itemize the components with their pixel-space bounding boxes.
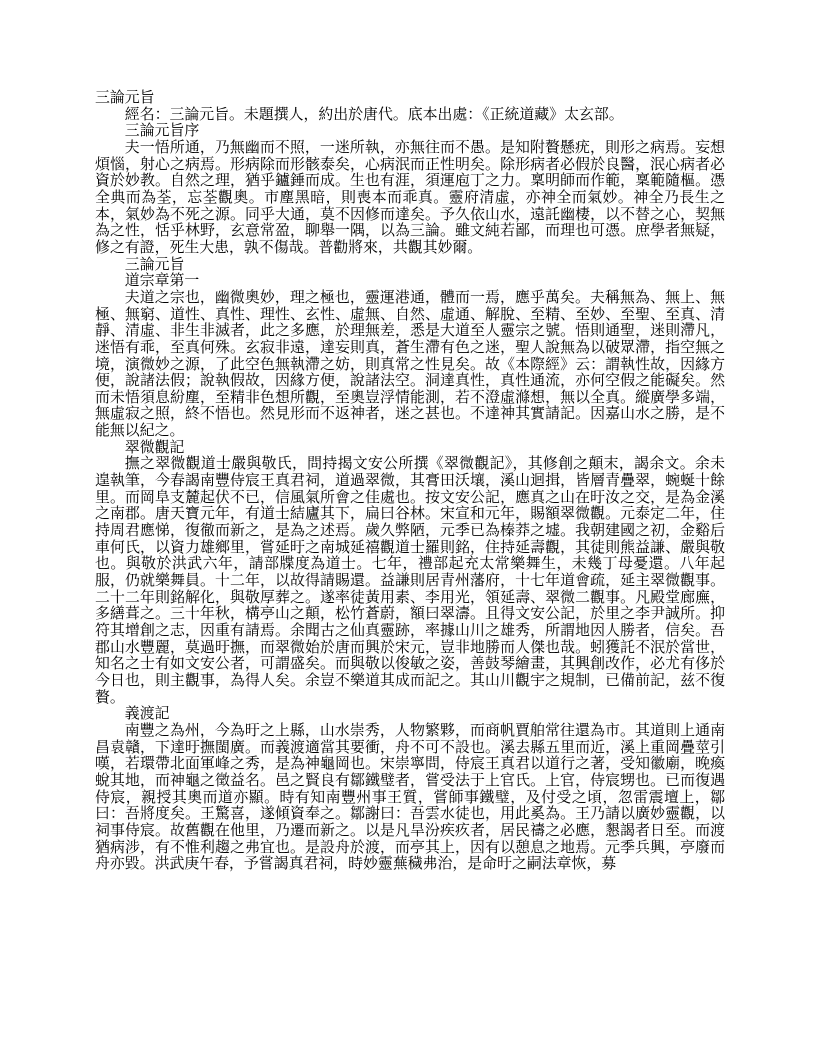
chapter-paragraph-daozong: 夫道之宗也，幽微奧妙，理之極也，靈運港通，體而一焉，應乎萬矣。夫稱無為、無上、無… [95, 290, 725, 440]
preface-heading: 三論元旨序 [95, 123, 725, 140]
document-page: 三論元旨 經名：三論元旨。未題撰人，約出於唐代。底本出處：《正統道藏》太玄部。 … [0, 0, 816, 1056]
inner-title: 三論元旨 [95, 257, 725, 274]
doc-title: 三論元旨 [95, 90, 725, 107]
record-paragraph-yidu: 南豐之為州，今為旴之上縣，山水崇秀，人物繁夥，而商帆賈舶常往還為市。其道則上通南… [95, 723, 725, 873]
record-heading-cuiwei: 翠微觀記 [95, 440, 725, 457]
document-body: 三論元旨 經名：三論元旨。未題撰人，約出於唐代。底本出處：《正統道藏》太玄部。 … [95, 90, 725, 873]
record-heading-yidu: 義渡記 [95, 706, 725, 723]
record-paragraph-cuiwei: 撫之翠微觀道士嚴與敬氏，問持揭文安公所撰《翠微觀記》，其修創之顛末，謁余文。余未… [95, 456, 725, 706]
chapter-heading-daozong: 道宗章第一 [95, 273, 725, 290]
preface-paragraph: 夫一悟所通，乃無幽而不照，一迷所執，亦無往而不愚。是知附贅懸疣，則形之病焉。妄想… [95, 140, 725, 257]
bibliographic-note: 經名：三論元旨。未題撰人，約出於唐代。底本出處：《正統道藏》太玄部。 [95, 107, 725, 124]
